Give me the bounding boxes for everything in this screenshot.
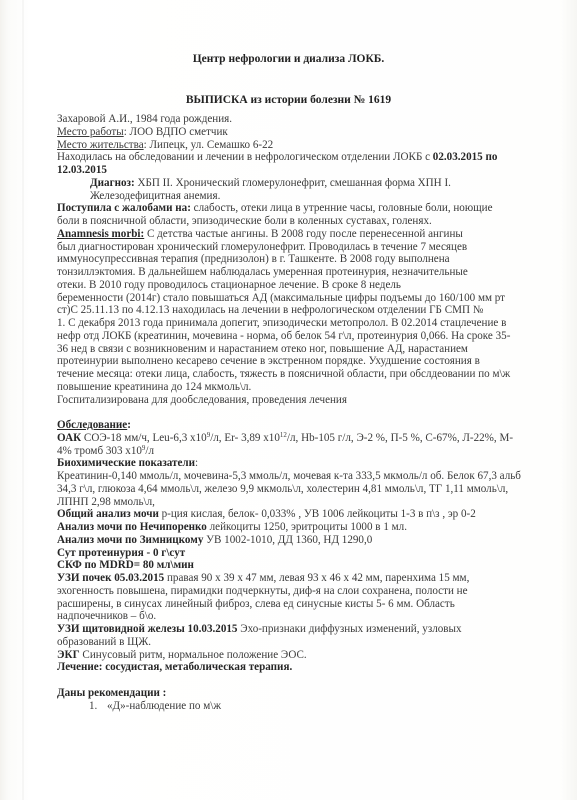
anamnesis-line: иммуносупрессивная терапия (преднизолон)… — [57, 253, 557, 266]
gfr: СКФ по MDRD= 80 мл\мин — [57, 559, 557, 572]
work-place: Место работы: ЛОО ВДПО сметчик — [57, 126, 557, 139]
oak-text: /л, Hb-105 г/л, Э-2 %, П-5 %, С-67%, Л-2… — [287, 432, 513, 444]
anamnesis-line: отеки. В 2010 году проводилось стационар… — [57, 279, 557, 292]
residence-label: Место жительства — [57, 139, 144, 151]
treatment: Лечение: сосудистая, метаболическая тера… — [57, 661, 557, 674]
anamnesis-line: нефр отд ЛОКБ (креатинин, мочевина - нор… — [57, 330, 557, 343]
recommendation-text: «Д»-наблюдение по м\ж — [107, 700, 221, 712]
biochem-heading: Биохимические показатели: — [57, 457, 557, 470]
anamnesis-line: 1. С декабря 2013 года принимала допегит… — [57, 317, 557, 330]
spacer — [57, 406, 557, 419]
oak-result-line2: 4% тромб 303 х109/л — [57, 445, 557, 458]
stay-dates: 02.03.2015 по — [433, 151, 498, 163]
patient-name: Захаровой А.И., 1984 года рождения. — [57, 113, 557, 126]
anamnesis-line: 36 нед в связи с возникновеним и нараста… — [57, 343, 557, 356]
ecg: ЭКГ Синусовый ритм, нормальное положение… — [57, 649, 557, 662]
residence-value: : Липецк, ул. Семашко 6-22 — [144, 139, 274, 151]
thyroid-us-label: УЗИ щитовидной железы 10.03.2015 — [57, 623, 237, 635]
kidney-us-line: эхогенность повышена, пирамидки подчеркн… — [57, 585, 557, 598]
urine-analysis: Общий анализ мочи р-ция кислая, белок- 0… — [57, 508, 557, 521]
ecg-value: Синусовый ритм, нормальное положение ЭОС… — [80, 649, 307, 661]
work-value: : ЛОО ВДПО сметчик — [124, 126, 228, 138]
anamnesis-line: тонзиллэктомия. В дальнейшем наблюдалась… — [57, 266, 557, 279]
oak-label: ОАК — [57, 432, 81, 444]
complaints-label: Поступила с жалобами на: — [57, 202, 191, 214]
diagnosis-line2: Железодефицитная анемия. — [57, 190, 557, 203]
oak-text: СОЭ-18 мм/ч, Leu-6,3 х10 — [81, 432, 207, 444]
anamnesis-line: повышение креатинина до 124 мкмоль\л. — [57, 381, 557, 394]
nechiporenko-label: Анализ мочи по Нечипоренко — [57, 521, 207, 533]
nechiporenko-analysis: Анализ мочи по Нечипоренко лейкоциты 125… — [57, 521, 557, 534]
stay-end-date: 12.03.2015 — [57, 164, 557, 177]
oak-result: ОАК СОЭ-18 мм/ч, Leu-6,3 х109/л, Er- 3,8… — [57, 432, 557, 445]
anamnesis-line: ст)С 25.11.13 по 4.12.13 находилась на л… — [57, 304, 557, 317]
anamnesis-line: С детства частые ангины. В 2008 году пос… — [144, 228, 463, 240]
kidney-us-label: УЗИ почек 05.03.2015 — [57, 572, 164, 584]
recommendations-heading: Даны рекомендации : — [57, 687, 557, 700]
diagnosis-line1: ХБП II. Хронический гломерулонефрит, сме… — [135, 177, 451, 189]
urine-value: р-ция кислая, белок- 0,033% , УВ 1006 ле… — [159, 508, 476, 520]
biochem-colon: : — [195, 457, 198, 469]
stay-info: Находилась на обследовании и лечении в н… — [57, 151, 557, 164]
document-body: Захаровой А.И., 1984 года рождения. Мест… — [57, 113, 557, 712]
thyroid-us-line2: образований в ЩЖ. — [57, 636, 557, 649]
nechiporenko-value: лейкоциты 1250, эритроциты 1000 в 1 мл. — [207, 521, 407, 533]
oak-exponent: 12 — [280, 431, 287, 439]
stay-text: Находилась на обследовании и лечении в н… — [57, 151, 433, 163]
examination-heading: Обследование: — [57, 419, 557, 432]
biochem-line: Креатинин-0,140 ммоль/л, мочевина-5,3 мм… — [57, 470, 557, 483]
biochem-line: 34,3 г\л, глюкоза 4,64 ммоль\л, железо 9… — [57, 483, 557, 496]
anamnesis-line: беременности (2014г) стало повышаться АД… — [57, 292, 557, 305]
anamnesis-line: протеинурии выполнено кесарево сечение в… — [57, 355, 557, 368]
zimnitsky-value: УВ 1002-1010, ДД 1360, НД 1290,0 — [203, 534, 372, 546]
residence: Место жительства: Липецк, ул. Семашко 6-… — [57, 139, 557, 152]
oak-text: /л, Er- 3,89 х10 — [210, 432, 280, 444]
page-edge-shadow — [22, 0, 24, 800]
recommendation-number: 1. — [89, 700, 107, 713]
complaints-line2: боли в поясничной области, эпизодические… — [57, 215, 557, 228]
recommendation-item: 1.«Д»-наблюдение по м\ж — [57, 700, 557, 713]
biochem-label: Биохимические показатели — [57, 457, 195, 469]
thyroid-us-text: Эхо-признаки диффузных изменений, узловы… — [237, 623, 461, 635]
anamnesis-label: Anamnesis morbi: — [57, 228, 144, 240]
hospitalization-note: Госпитализирована для дообследования, пр… — [57, 394, 557, 407]
biochem-line: ЛПНП 2,98 ммоль\л, — [57, 496, 557, 509]
anamnesis-line: течение месяца: отеки лица, слабость, тя… — [57, 368, 557, 381]
examination-label: Обследование — [57, 419, 127, 431]
diagnosis-label: Диагноз: — [90, 177, 135, 189]
diagnosis: Диагноз: ХБП II. Хронический гломерулоне… — [57, 177, 557, 190]
oak-text: 4% тромб 303 х10 — [57, 445, 142, 457]
complaints: Поступила с жалобами на: слабость, отеки… — [57, 202, 557, 215]
document-title: ВЫПИСКА из истории болезни № 1619 — [0, 94, 577, 106]
anamnesis-line: был диагностирован хронический гломеруло… — [57, 241, 557, 254]
ecg-label: ЭКГ — [57, 649, 80, 661]
organization-title: Центр нефрологии и диализа ЛОКБ. — [0, 53, 577, 65]
complaints-line1: слабость, отеки лица в утренние часы, го… — [191, 202, 493, 214]
kidney-us-line: надпочечников – б\о. — [57, 610, 557, 623]
thyroid-ultrasound: УЗИ щитовидной железы 10.03.2015 Эхо-при… — [57, 623, 557, 636]
work-label: Место работы — [57, 126, 124, 138]
kidney-us-line: расширены, в синусах линейный фиброз, сл… — [57, 598, 557, 611]
kidney-ultrasound: УЗИ почек 05.03.2015 правая 90 х 39 х 47… — [57, 572, 557, 585]
daily-proteinuria: Сут протеинурия - 0 г\сут — [57, 547, 557, 560]
oak-text: /л — [145, 445, 154, 457]
anamnesis: Anamnesis morbi: С детства частые ангины… — [57, 228, 557, 241]
spacer — [57, 674, 557, 687]
kidney-us-text: правая 90 х 39 х 47 мм, левая 93 х 46 х … — [164, 572, 469, 584]
zimnitsky-analysis: Анализ мочи по Зимницкому УВ 1002-1010, … — [57, 534, 557, 547]
examination-colon: : — [127, 419, 131, 431]
scanned-page: Центр нефрологии и диализа ЛОКБ. ВЫПИСКА… — [0, 0, 577, 800]
zimnitsky-label: Анализ мочи по Зимницкому — [57, 534, 203, 546]
urine-label: Общий анализ мочи — [57, 508, 159, 520]
